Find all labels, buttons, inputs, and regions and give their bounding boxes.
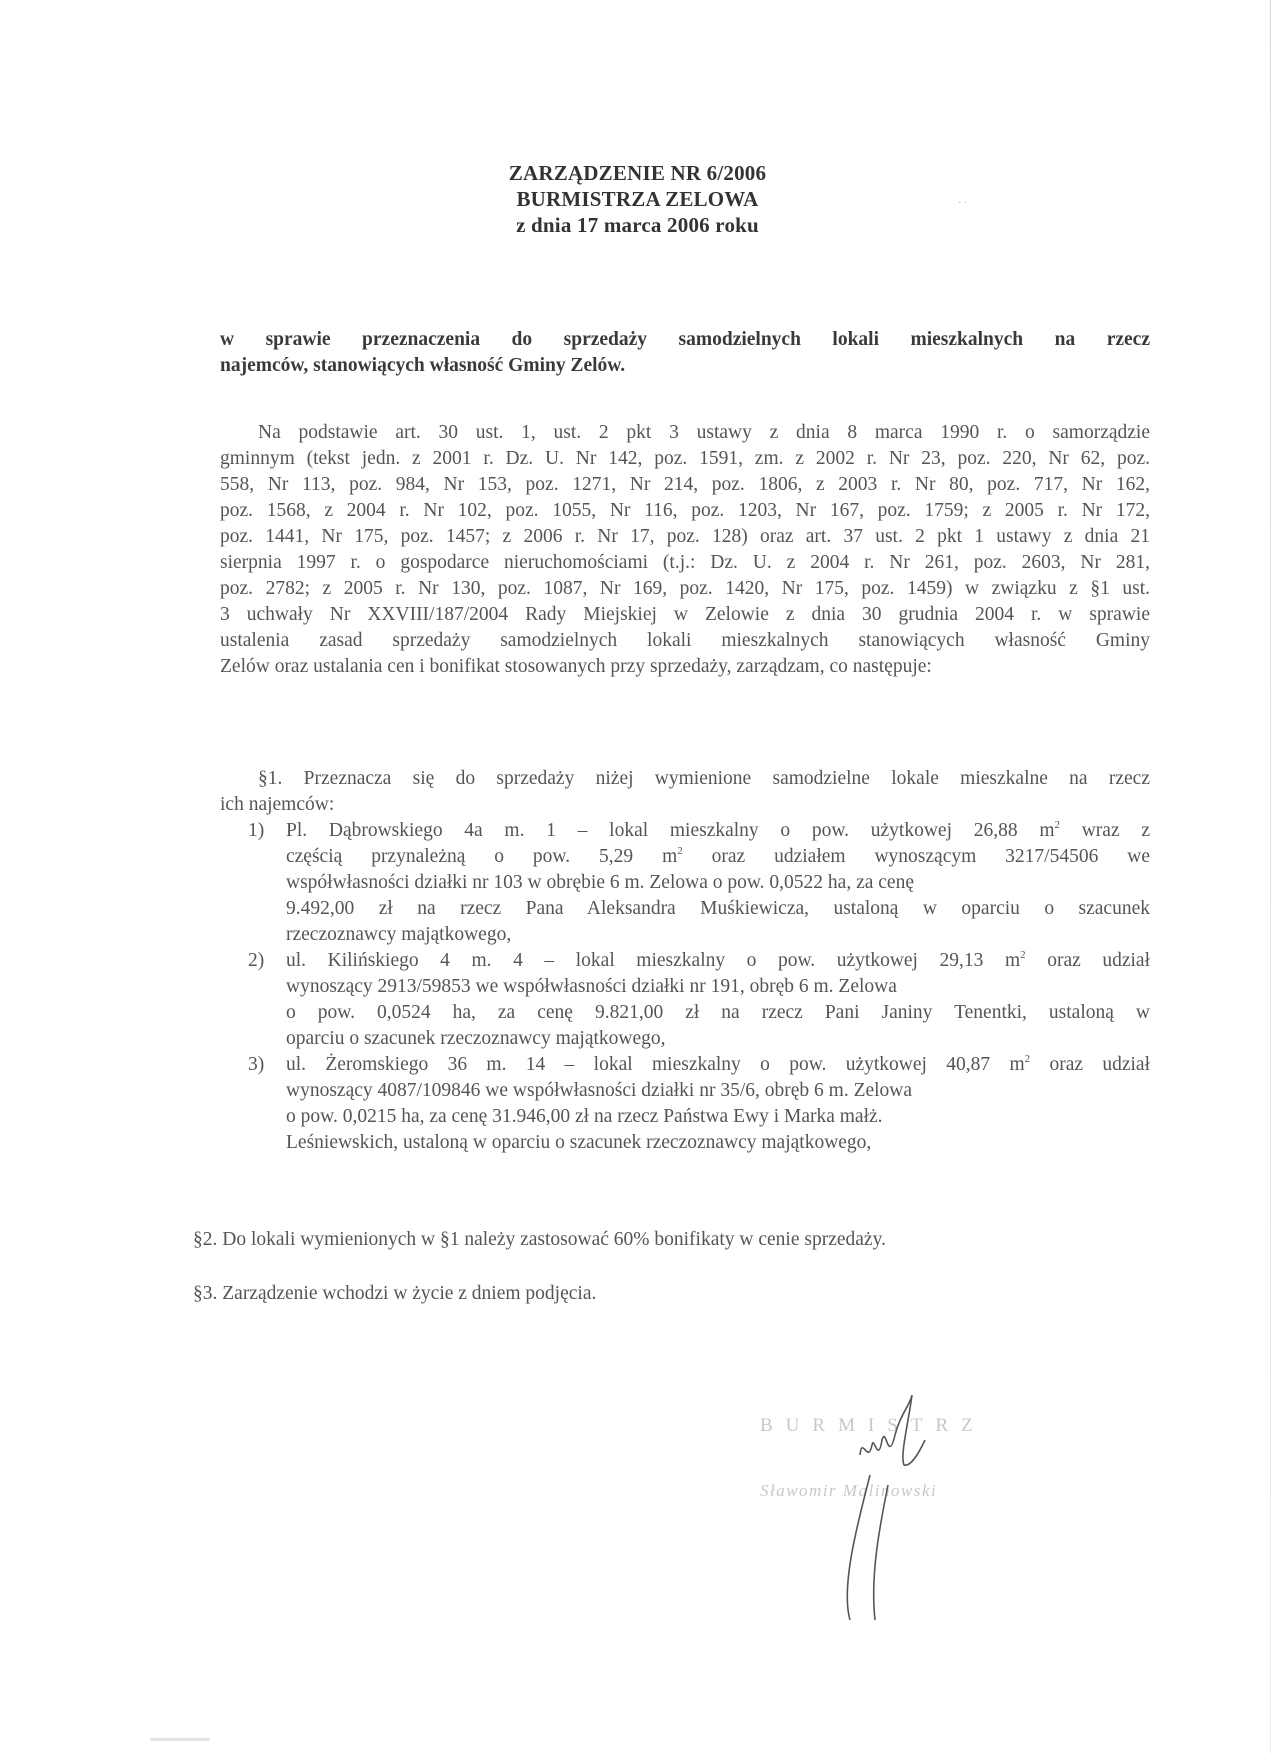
premises-list: 1)Pl. Dąbrowskiego 4a m. 1 – lokal miesz… xyxy=(248,818,1150,1156)
legal-basis-line: 558, Nr 113, poz. 984, Nr 153, poz. 1271… xyxy=(220,472,1150,498)
section-1-intro: §1. Przeznacza się do sprzedaży niżej wy… xyxy=(220,766,1150,818)
premises-item: 1)Pl. Dąbrowskiego 4a m. 1 – lokal miesz… xyxy=(248,818,1150,948)
legal-basis-line: sierpnia 1997 r. o gospodarce nieruchomo… xyxy=(220,550,1150,576)
item-number: 1) xyxy=(248,818,264,844)
subject-line-1: w sprawie przeznaczenia do sprzedaży sam… xyxy=(220,327,1150,353)
legal-basis-line: Zelów oraz ustalania cen i bonifikat sto… xyxy=(220,654,1150,680)
scan-specks: · · xyxy=(958,198,967,209)
order-number: ZARZĄDZENIE NR 6/2006 xyxy=(0,160,1275,186)
legal-basis-paragraph: Na podstawie art. 30 ust. 1, ust. 2 pkt … xyxy=(220,420,1150,680)
premises-item: 2)ul. Kilińskiego 4 m. 4 – lokal mieszka… xyxy=(248,948,1150,1052)
premises-line: częścią przynależną o pow. 5,29 m2 oraz … xyxy=(286,844,1150,870)
premises-line: ul. Kilińskiego 4 m. 4 – lokal mieszkaln… xyxy=(286,948,1150,974)
premises-line: o pow. 0,0215 ha, za cenę 31.946,00 zł n… xyxy=(286,1104,1150,1130)
section-1-line-1: §1. Przeznacza się do sprzedaży niżej wy… xyxy=(220,766,1150,792)
item-number: 3) xyxy=(248,1052,264,1078)
premises-line: współwłasności działki nr 103 w obrębie … xyxy=(286,870,1150,896)
legal-basis-line: Na podstawie art. 30 ust. 1, ust. 2 pkt … xyxy=(220,420,1150,446)
handwritten-signature xyxy=(800,1395,970,1625)
premises-line: Leśniewskich, ustaloną w oparciu o szacu… xyxy=(286,1130,1150,1156)
premises-line: o pow. 0,0524 ha, za cenę 9.821,00 zł na… xyxy=(286,1000,1150,1026)
premises-line: Pl. Dąbrowskiego 4a m. 1 – lokal mieszka… xyxy=(286,818,1150,844)
section-1-line-2: ich najemców: xyxy=(220,792,1150,818)
page-edge xyxy=(1270,0,1271,1754)
premises-line: oparciu o szacunek rzeczoznawcy majątkow… xyxy=(286,1026,1150,1052)
legal-basis-line: poz. 1441, Nr 175, poz. 1457; z 2006 r. … xyxy=(220,524,1150,550)
issue-date: z dnia 17 marca 2006 roku xyxy=(0,212,1275,238)
subject-line-2: najemców, stanowiących własność Gminy Ze… xyxy=(220,353,1150,379)
section-3: §3. Zarządzenie wchodzi w życie z dniem … xyxy=(193,1283,596,1305)
legal-basis-line: 3 uchwały Nr XXVIII/187/2004 Rady Miejsk… xyxy=(220,602,1150,628)
section-2: §2. Do lokali wymienionych w §1 należy z… xyxy=(193,1229,886,1251)
document-page: ZARZĄDZENIE NR 6/2006 BURMISTRZA ZELOWA … xyxy=(0,0,1275,1754)
legal-basis-line: gminnym (tekst jedn. z 2001 r. Dz. U. Nr… xyxy=(220,446,1150,472)
document-header: ZARZĄDZENIE NR 6/2006 BURMISTRZA ZELOWA … xyxy=(0,160,1275,238)
premises-item: 3)ul. Żeromskiego 36 m. 14 – lokal miesz… xyxy=(248,1052,1150,1156)
premises-line: ul. Żeromskiego 36 m. 14 – lokal mieszka… xyxy=(286,1052,1150,1078)
item-number: 2) xyxy=(248,948,264,974)
legal-basis-line: poz. 1568, z 2004 r. Nr 102, poz. 1055, … xyxy=(220,498,1150,524)
legal-basis-line: ustalenia zasad sprzedaży samodzielnych … xyxy=(220,628,1150,654)
scan-artifact xyxy=(150,1738,210,1741)
issuer: BURMISTRZA ZELOWA xyxy=(0,186,1275,212)
document-subject: w sprawie przeznaczenia do sprzedaży sam… xyxy=(220,327,1150,379)
premises-line: wynoszący 2913/59853 we współwłasności d… xyxy=(286,974,1150,1000)
premises-line: rzeczoznawcy majątkowego, xyxy=(286,922,1150,948)
legal-basis-line: poz. 2782; z 2005 r. Nr 130, poz. 1087, … xyxy=(220,576,1150,602)
premises-line: wynoszący 4087/109846 we współwłasności … xyxy=(286,1078,1150,1104)
premises-line: 9.492,00 zł na rzecz Pana Aleksandra Muś… xyxy=(286,896,1150,922)
